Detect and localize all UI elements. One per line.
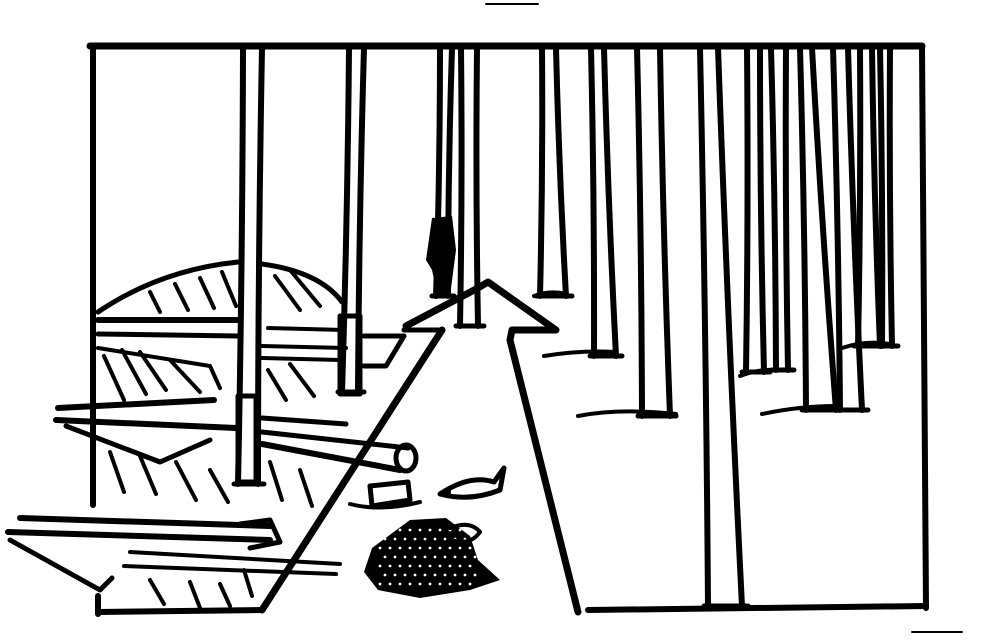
tree-trunk [771, 48, 794, 370]
forest-illustration [0, 0, 995, 642]
tree-trunk [742, 48, 770, 372]
tree-trunk [878, 48, 898, 346]
felled-logs [8, 320, 416, 590]
tree-trunk [700, 48, 748, 606]
hanging-object [426, 216, 456, 298]
fish [440, 468, 504, 497]
tree-trunk [637, 48, 676, 416]
tree-trunks [234, 48, 898, 606]
tree-trunk [590, 48, 622, 356]
tree-trunk [536, 48, 572, 296]
net-basket [364, 518, 500, 598]
cut-stump [350, 482, 420, 508]
